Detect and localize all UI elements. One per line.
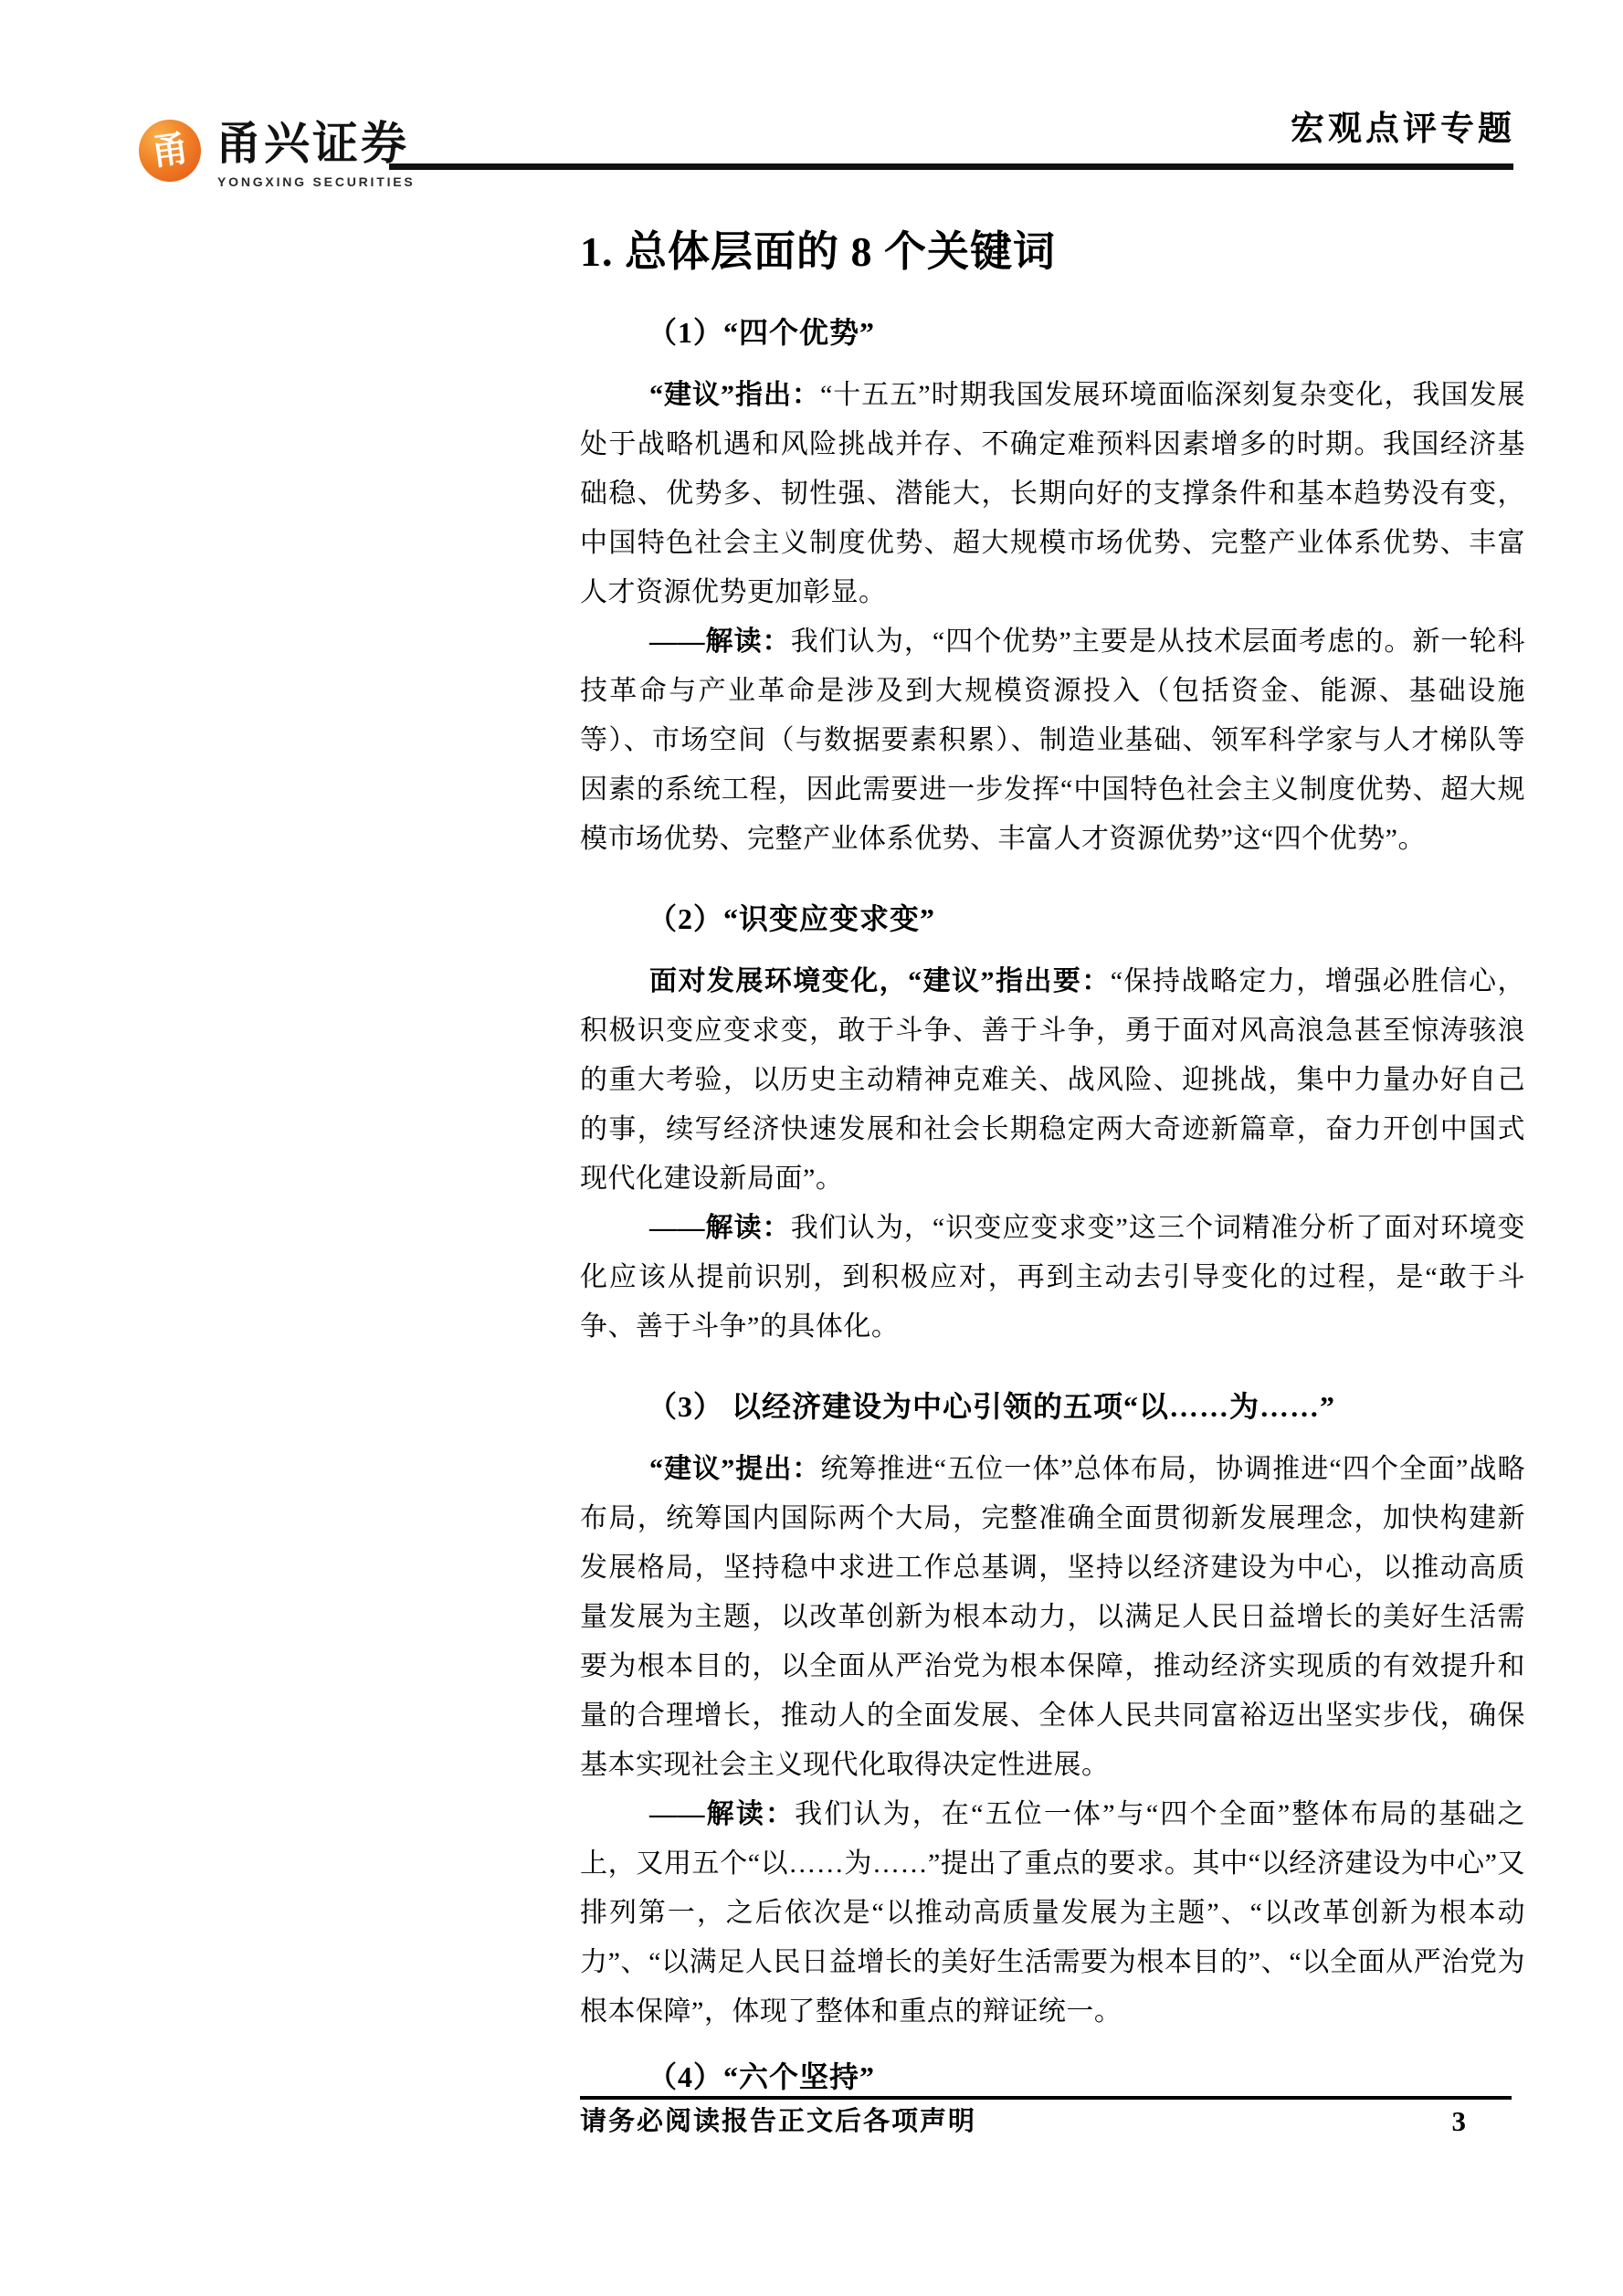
paragraph-text: “十五五”时期我国发展环境面临深刻复杂变化，我国发展处于战略机遇和风险挑战并存、… (580, 380, 1525, 607)
paragraph-lead: 面对发展环境变化，“建议”指出要： (649, 966, 1111, 996)
logo-glyph: 甬 (149, 130, 190, 171)
paragraph: ——解读：我们认为，在“五位一体”与“四个全面”整体布局的基础之上，又用五个“以… (580, 1790, 1525, 2037)
paragraph-text: 我们认为，“四个优势”主要是从技术层面考虑的。新一轮科技革命与产业革命是涉及到大… (580, 627, 1525, 854)
report-page: 甬 甬兴证券 YONGXING SECURITIES 宏观点评专题 1. 总体层… (0, 0, 1623, 2296)
paragraph-text: “保持战略定力，增强必胜信心，积极识变应变求变，敢于斗争、善于斗争，勇于面对风高… (580, 966, 1525, 1194)
footer-disclaimer: 请务必阅读报告正文后各项声明 (580, 2103, 976, 2140)
subsection-heading-1: （1）“四个优势” (580, 314, 1525, 351)
paragraph-text: 统筹推进“五位一体”总体布局，协调推进“四个全面”战略布局，统筹国内国际两个大局… (580, 1454, 1525, 1780)
report-category: 宏观点评专题 (1291, 111, 1515, 148)
paragraph-text: 我们认为，在“五位一体”与“四个全面”整体布局的基础之上，又用五个“以……为……… (580, 1799, 1525, 2027)
report-body: 1. 总体层面的 8 个关键词 （1）“四个优势” “建议”指出：“十五五”时期… (580, 219, 1525, 2115)
brand-name-cn: 甬兴证券 (216, 117, 409, 170)
paragraph-lead: “建议”指出： (649, 380, 820, 410)
paragraph-lead: ——解读： (649, 627, 791, 657)
subsection-heading-4: （4）“六个坚持” (580, 2059, 1525, 2095)
paragraph: ——解读：我们认为，“识变应变求变”这三个词精准分析了面对环境变化应该从提前识别… (580, 1204, 1525, 1352)
yongxing-logo-icon: 甬 (139, 120, 201, 182)
paragraph-lead: “建议”提出： (649, 1454, 820, 1484)
footer-divider (580, 2096, 1512, 2100)
paragraph: “建议”指出：“十五五”时期我国发展环境面临深刻复杂变化，我国发展处于战略机遇和… (580, 371, 1525, 617)
header-divider (389, 163, 1513, 170)
paragraph-lead: ——解读： (649, 1799, 795, 1829)
section-title: 1. 总体层面的 8 个关键词 (580, 226, 1525, 278)
subsection-heading-3: （3） 以经济建设为中心引领的五项“以……为……” (580, 1388, 1525, 1425)
subsection-heading-2: （2）“识变应变求变” (580, 900, 1525, 937)
paragraph: ——解读：我们认为，“四个优势”主要是从技术层面考虑的。新一轮科技革命与产业革命… (580, 617, 1525, 864)
paragraph: 面对发展环境变化，“建议”指出要：“保持战略定力，增强必胜信心，积极识变应变求变… (580, 957, 1525, 1204)
paragraph-lead: ——解读： (649, 1213, 791, 1243)
page-number: 3 (1452, 2103, 1467, 2140)
brand-name-en: YONGXING SECURITIES (217, 174, 416, 189)
paragraph: “建议”提出：统筹推进“五位一体”总体布局，协调推进“四个全面”战略布局，统筹国… (580, 1445, 1525, 1790)
